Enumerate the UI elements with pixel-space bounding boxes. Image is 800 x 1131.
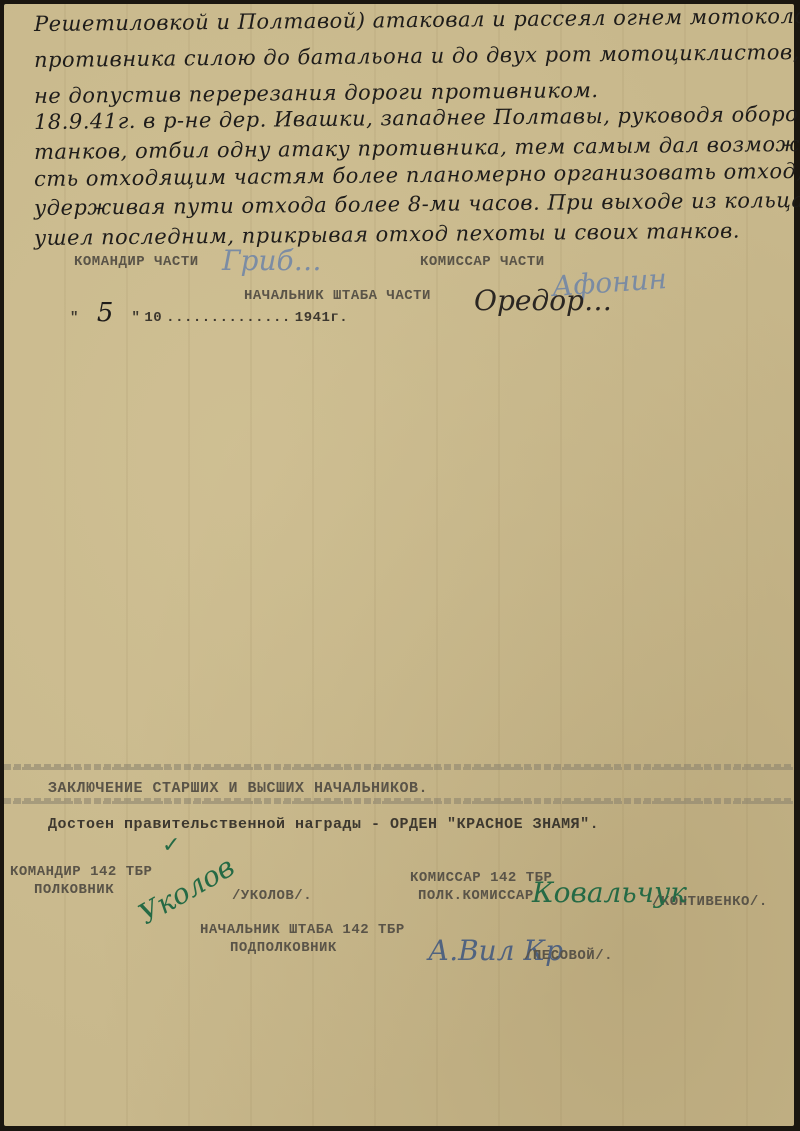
date-year: 1941г. — [295, 310, 348, 326]
handwritten-line: не допустив перерезания дороги противник… — [34, 78, 599, 108]
brigade-commander-title: КОМАНДИР 142 ТБР — [10, 864, 152, 880]
brigade-commander-signature: Уколов — [133, 850, 240, 931]
brigade-chief-name: /ПЕСОВОЙ/. — [524, 948, 613, 964]
commissar-label: КОМИССАР ЧАСТИ — [420, 254, 545, 270]
date-open-quote: " — [70, 310, 79, 326]
date-dots: .............. — [166, 310, 291, 326]
chief-of-staff-signature: Оредор… — [474, 284, 612, 317]
commander-label: КОМАНДИР ЧАСТИ — [74, 254, 199, 270]
handwritten-line: Решетиловкой и Полтавой) атаковал и расс… — [34, 3, 800, 36]
commander-signature: Гриб… — [222, 244, 322, 277]
handwritten-line: удерживая пути отхода более 8-ми часов. … — [34, 187, 800, 220]
handwritten-line: танков, отбил одну атаку противника, тем… — [34, 132, 800, 164]
brigade-commissar-rank: ПОЛК.КОМИССАР — [418, 888, 534, 904]
separator-bottom — [4, 798, 794, 804]
handwritten-line: ушел последним, прикрывая отход пехоты и… — [34, 219, 740, 250]
separator-top — [4, 764, 794, 770]
conclusion-header: ЗАКЛЮЧЕНИЕ СТАРШИХ И ВЫСШИХ НАЧАЛЬНИКОВ. — [48, 780, 428, 797]
date-close-quote: " — [131, 310, 140, 326]
handwritten-line: сть отходящим частям более планомерно ор… — [34, 159, 800, 191]
document-page: Решетиловкой и Полтавой) атаковал и расс… — [4, 4, 794, 1126]
brigade-chief-rank: ПОДПОЛКОВНИК — [230, 940, 337, 956]
brigade-commissar-signature: Ковальчук — [532, 876, 687, 909]
award-verdict: Достоен правительственной награды - ОРДЕ… — [48, 816, 599, 833]
handwritten-line: противника силою до батальона и до двух … — [34, 40, 800, 72]
date-day: 5 — [97, 298, 114, 328]
date-line: " 5 " 10 .............. 1941г. — [70, 298, 348, 328]
brigade-commander-name: /УКОЛОВ/. — [232, 888, 312, 904]
brigade-chief-title: НАЧАЛЬНИК ШТАБА 142 ТБР — [200, 922, 405, 938]
date-month: 10 — [144, 310, 162, 326]
brigade-commander-rank: ПОЛКОВНИК — [34, 882, 114, 898]
check-mark-icon: ✓ — [162, 832, 180, 858]
